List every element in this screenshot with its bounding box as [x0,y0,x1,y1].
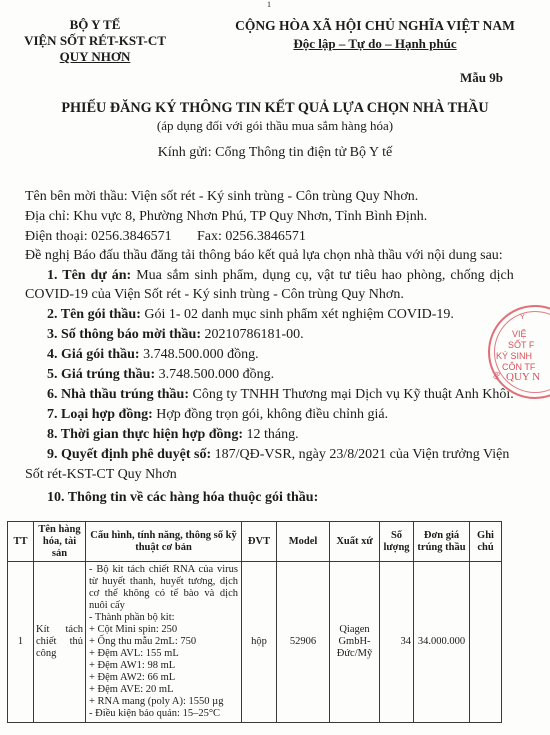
national-title: CỘNG HÒA XÃ HỘI CHỦ NGHĨA VIỆT NAM [200,18,550,34]
ministry-name: BỘ Y TẾ [0,17,190,33]
greeting: Kính gửi: Cổng Thông tin điện tử Bộ Y tế [0,145,550,161]
item-label: 6. Nhà thầu trúng thầu: [47,387,189,402]
cell-model: 52906 [277,562,330,723]
cell-unit-price: 34.000.000 [414,562,470,723]
cell-spec: - Bộ kit tách chiết RNA của virus từ huy… [86,562,242,723]
item-notice-number: 3. Số thông báo mời thầu: 20210786181-00… [47,326,304,344]
cell-quantity: 34 [380,562,414,723]
inviter-address: Địa chỉ: Khu vực 8, Phường Nhơn Phú, TP … [25,208,427,226]
institute-name: VIỆN SỐT RÉT-KST-CT [0,33,190,49]
item-label: 1. Tên dự án: [47,268,131,283]
spec-line: + Cột Mini spin: 250 [89,624,238,636]
stamp-text: SỐT F [508,340,534,350]
stamp-text: 08 [492,371,504,382]
spec-line: - Bộ kit tách chiết RNA của virus từ huy… [89,564,238,612]
spec-line: - Điều kiện bảo quản: 15–25°C [89,708,238,720]
col-header-origin: Xuất xứ [330,522,380,562]
item-package-name: 2. Tên gói thầu: Gói 1- 02 danh mục sinh… [47,306,454,324]
item-project-name-cont: COVID-19 của Viện Sốt rét - Ký sinh trùn… [25,286,404,304]
cell-unit: hộp [242,562,277,723]
item-package-price: 4. Giá gói thầu: 3.748.500.000 đồng. [47,346,259,364]
page-marker: 1 [267,0,271,9]
cell-name: Kít tách chiết thủ công [34,562,86,723]
form-code: Mẫu 9b [460,70,503,86]
item-value: 20210786181-00. [201,327,304,342]
document-title: PHIẾU ĐĂNG KÝ THÔNG TIN KẾT QUẢ LỰA CHỌN… [0,100,550,117]
col-header-model: Model [277,522,330,562]
stamp-text: VIỆ [512,329,527,339]
item-contract-type: 7. Loại hợp đồng: Hợp đồng trọn gói, khô… [47,406,388,424]
item-value: Gói 1- 02 danh mục sinh phẩm xét nghiệm … [141,307,454,322]
item-value: Mua sắm sinh phẩm, dụng cụ, vật tư tiêu … [131,268,513,283]
item-label: 9. Quyết định phê duyệt số: [47,447,211,462]
institute-location: QUY NHƠN [0,49,190,65]
item-label: 4. Giá gói thầu: [47,347,140,362]
stamp-text: QUY N [506,372,540,382]
item-label: 3. Số thông báo mời thầu: [47,327,201,342]
item-value: Hợp đồng trọn gói, không điều chỉnh giá. [153,407,388,422]
red-seal-stamp: Y VIỆ SỐT F KÝ SINH CÔN TF QUY N 08 [488,305,550,399]
inviter-name: Tên bên mời thầu: Viện sốt rét - Ký sinh… [25,188,418,206]
item-contract-duration: 8. Thời gian thực hiện hợp đồng: 12 thán… [47,426,299,444]
col-header-note: Ghi chú [470,522,502,562]
item-label: 10. Thông tin về các hàng hóa thuộc gói … [47,490,318,505]
item-winning-contractor: 6. Nhà thầu trúng thầu: Công ty TNHH Thư… [47,386,514,404]
stamp-text: KÝ SINH [496,351,532,361]
spec-line: + Đệm AVE: 20 mL [89,684,238,696]
spec-line: + RNA mang (poly A): 1550 µg [89,696,238,708]
spec-line: + Đệm AW1: 98 mL [89,660,238,672]
col-header-tt: TT [8,522,34,562]
item-approval-decision: 9. Quyết định phê duyệt số: 187/QĐ-VSR, … [47,446,509,464]
col-header-spec: Cấu hình, tính năng, thông số kỹ thuật c… [86,522,242,562]
inviter-phone: Điện thoại: 0256.3846571 [25,228,172,246]
item-label: 2. Tên gói thầu: [47,307,141,322]
spec-line: + Đệm AW2: 66 mL [89,672,238,684]
spec-line: - Thành phần bộ kit: [89,612,238,624]
col-header-unit: ĐVT [242,522,277,562]
item-goods-info: 10. Thông tin về các hàng hóa thuộc gói … [47,489,318,507]
table-row: 1 Kít tách chiết thủ công - Bộ kit tách … [8,562,502,723]
goods-table: TT Tên hàng hóa, tài sản Cấu hình, tính … [7,521,502,723]
item-value: 3.748.500.000 đồng. [155,367,274,382]
col-header-quantity: Số lượng [380,522,414,562]
document-subtitle: (áp dụng đối với gói thầu mua sắm hàng h… [0,118,550,134]
col-header-unit-price: Đơn giá trúng thầu [414,522,470,562]
item-winning-price: 5. Giá trúng thầu: 3.748.500.000 đồng. [47,366,274,384]
cell-origin: Qiagen GmbH-Đức/Mỹ [330,562,380,723]
item-label: 5. Giá trúng thầu: [47,367,155,382]
inviter-fax: Fax: 0256.3846571 [197,228,306,246]
item-label: 7. Loại hợp đồng: [47,407,153,422]
item-value: 12 tháng. [243,427,299,442]
table-header-row: TT Tên hàng hóa, tài sản Cấu hình, tính … [8,522,502,562]
stamp-text: Y [520,313,525,323]
request-line: Đề nghị Báo đấu thầu đăng tải thông báo … [25,247,503,265]
item-label: 8. Thời gian thực hiện hợp đồng: [47,427,243,442]
item-value: 3.748.500.000 đồng. [140,347,259,362]
item-approval-decision-cont: Sốt rét-KST-CT Quy Nhơn [25,466,177,484]
spec-line: + Ống thu mẫu 2mL: 750 [89,636,238,648]
item-project-name: 1. Tên dự án: Mua sắm sinh phẩm, dụng cụ… [47,267,514,285]
cell-tt: 1 [8,562,34,723]
item-value: 187/QĐ-VSR, ngày 23/8/2021 của Viện trưở… [211,447,509,462]
spec-line: + Đệm AVL: 155 mL [89,648,238,660]
cell-note [470,562,502,723]
item-value: Công ty TNHH Thương mại Dịch vụ Kỹ thuật… [189,387,514,402]
national-motto: Độc lập – Tự do – Hạnh phúc [200,36,550,52]
col-header-name: Tên hàng hóa, tài sản [34,522,86,562]
